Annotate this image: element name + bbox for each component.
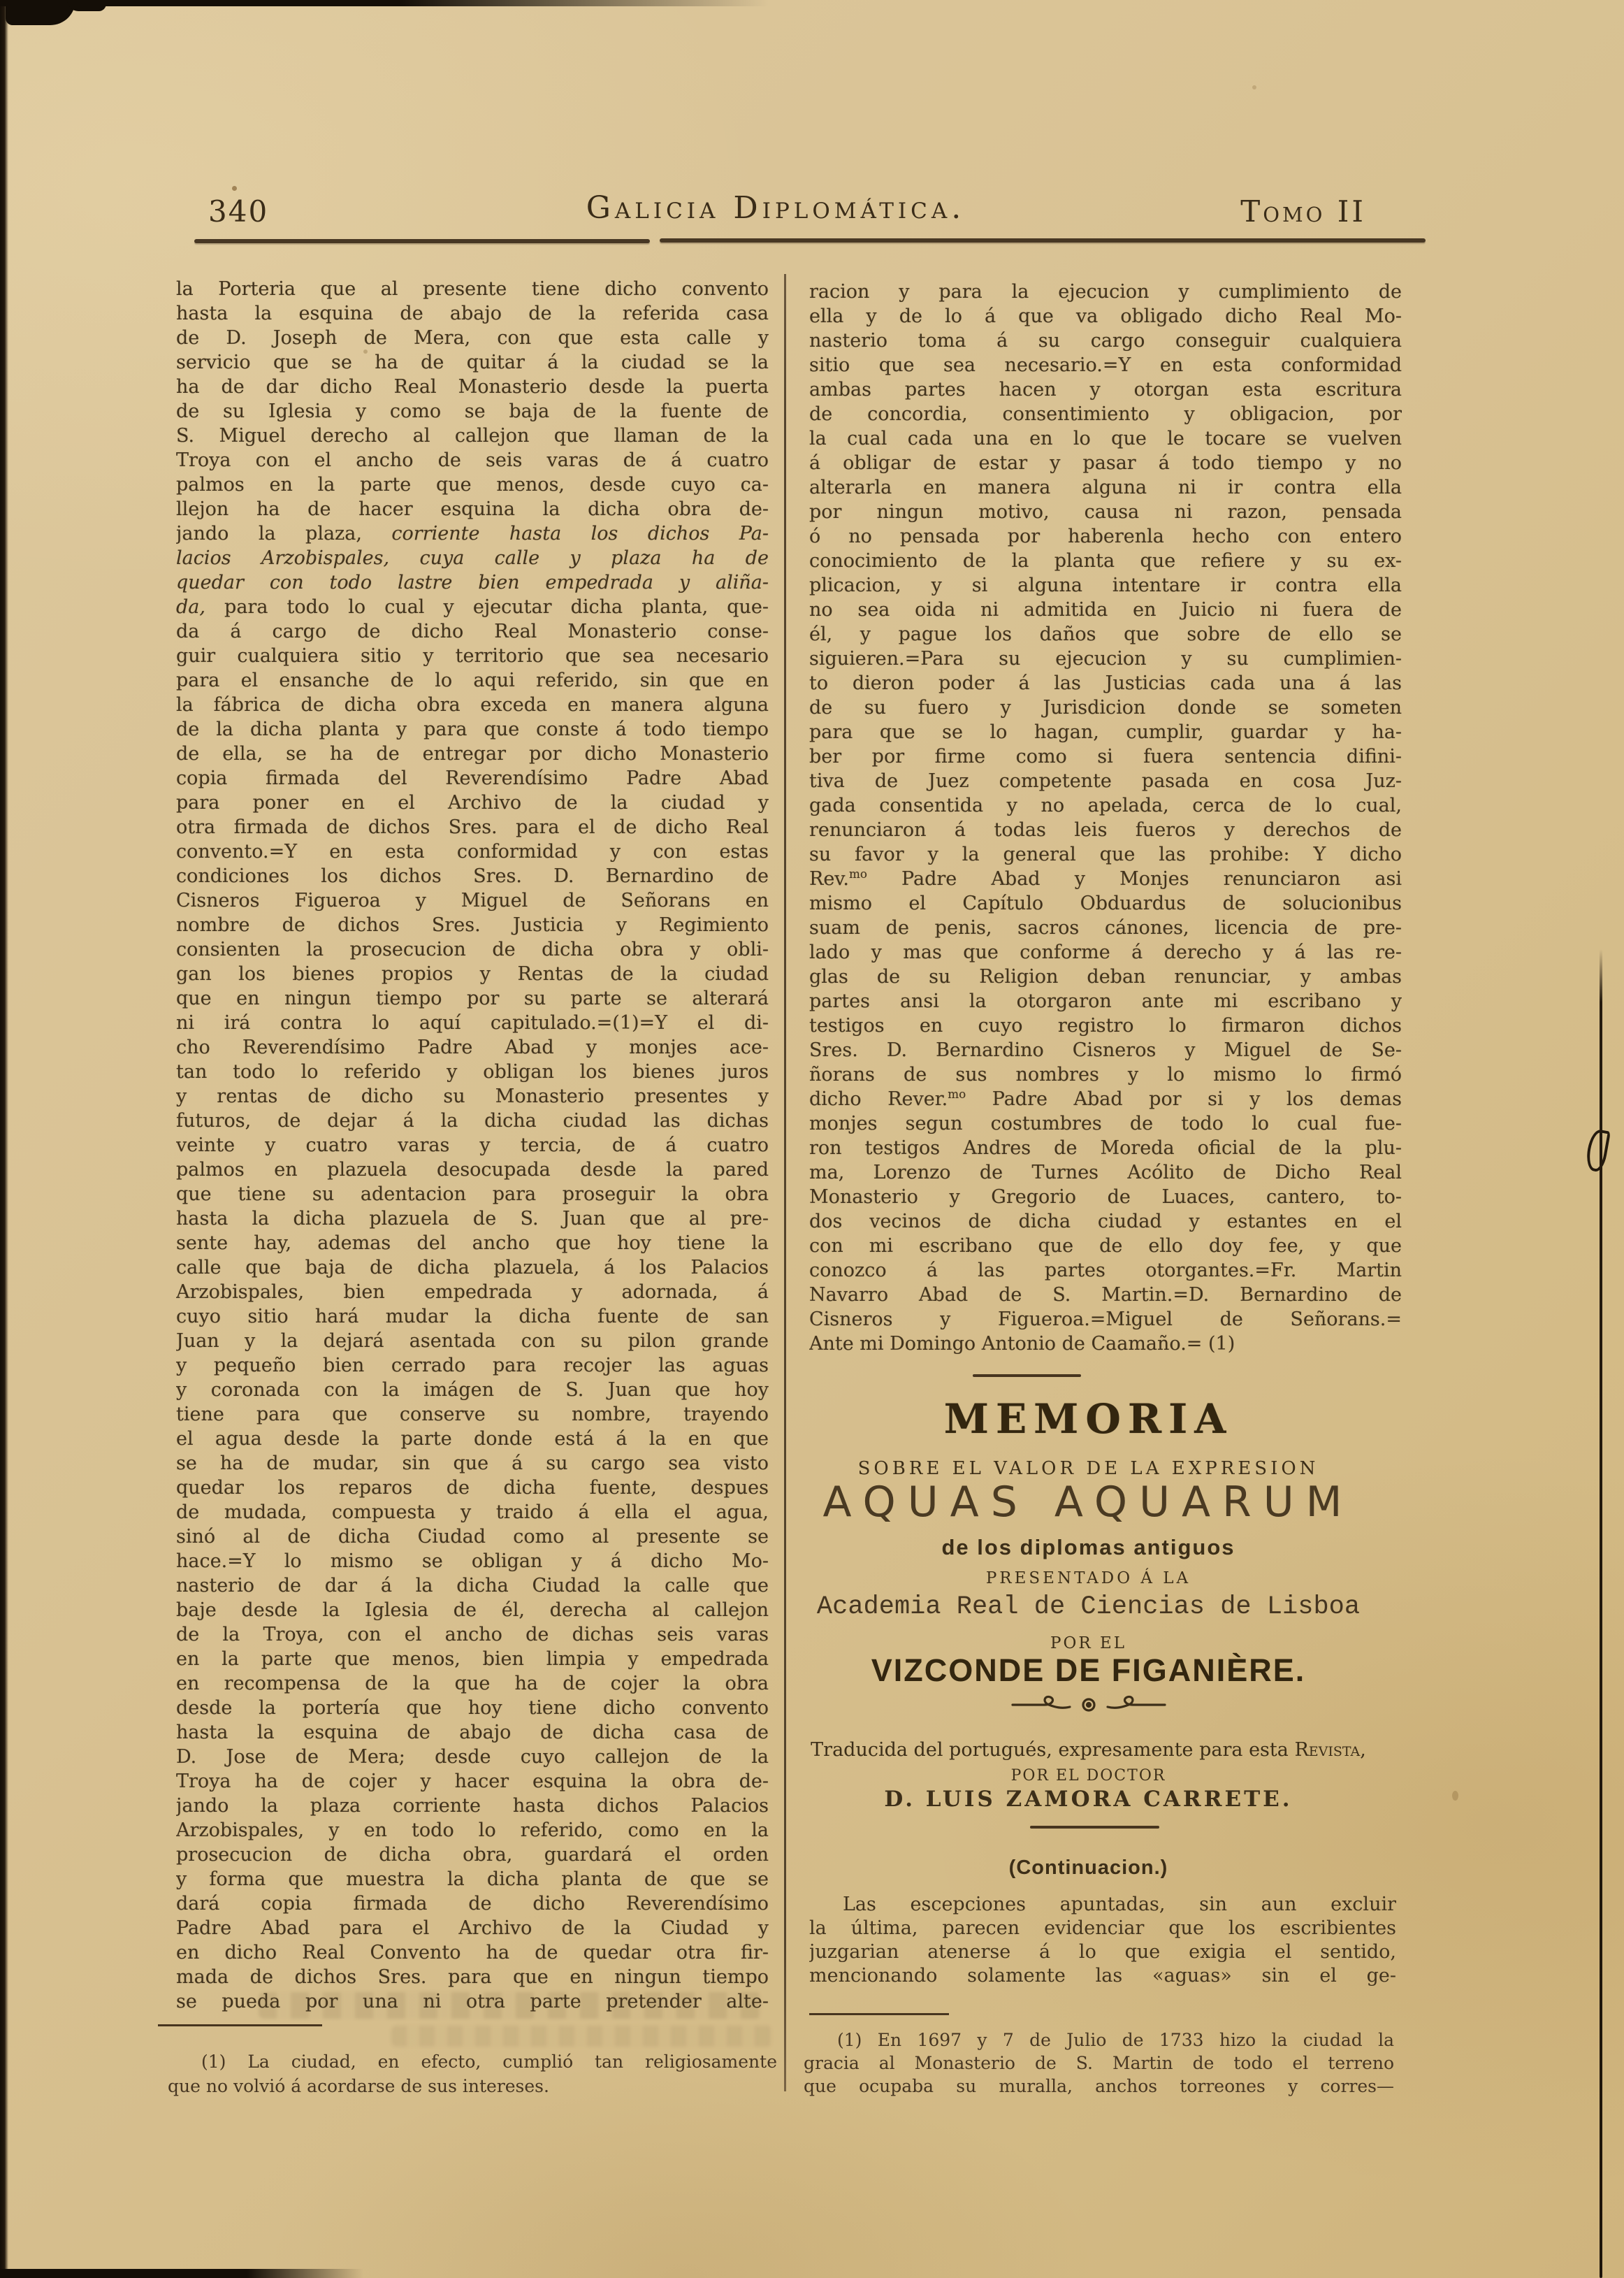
text-line: y pequeño bien cerrado para recojer las … — [176, 1353, 769, 1378]
text-line: en dicho Real Convento ha de quedar otra… — [176, 1940, 769, 1965]
text-line: ma, Lorenzo de Turnes Acólito de Dicho R… — [809, 1160, 1402, 1185]
text-line: sinó al de dicha Ciudad como al presente… — [176, 1524, 769, 1549]
ink-speck — [363, 349, 368, 354]
text-line: dos vecinos de dicha ciudad y estantes e… — [809, 1209, 1402, 1234]
text-line: lado y mas que conforme á derecho y á la… — [809, 940, 1402, 965]
text-line: Sres. D. Bernardino Cisneros y Miguel de… — [809, 1038, 1402, 1062]
text-line: él, y pague los daños que sobre de ello … — [809, 622, 1402, 647]
text-line: servicio que se ha de quitar á la ciudad… — [176, 350, 769, 375]
text-line: ó no pensada por haberenla hecho con ent… — [809, 524, 1402, 549]
text-line: Arzobispales, bien empedrada y adornada,… — [176, 1280, 769, 1304]
text-line: la última, parecen evidenciar que los es… — [809, 1917, 1396, 1940]
text-line: Monasterio y Gregorio de Luaces, cantero… — [809, 1185, 1402, 1209]
text-line: D. Jose de Mera; desde cuyo callejon de … — [176, 1745, 769, 1769]
footnote-right: (1) En 1697 y 7 de Julio de 1733 hizo la… — [804, 2028, 1394, 2098]
text-line: tiva de Juez competente pasada en cosa J… — [809, 769, 1402, 793]
translation-credit: Traducida del portugués, expresamente pa… — [793, 1739, 1384, 1761]
text-line: de su fuero y Jurisdicion donde se somet… — [809, 695, 1402, 720]
text-line: Navarro Abad de S. Martin.=D. Bernardino… — [809, 1283, 1402, 1307]
text-line: tiene para que conserve su nombre, traye… — [176, 1402, 769, 1427]
text-line: mada de dichos Sres. para que en ningun … — [176, 1965, 769, 1989]
text-line: (1) En 1697 y 7 de Julio de 1733 hizo la… — [804, 2028, 1394, 2052]
scan-edge-bottom — [0, 2269, 363, 2278]
translation-by-doctor: POR EL DOCTOR — [793, 1767, 1384, 1785]
revista-smallcaps: Revista — [1294, 1739, 1360, 1761]
text-line: palmos en plazuela desocupada desde la p… — [176, 1158, 769, 1182]
text-line: y rentas de dicho su Monasterio presente… — [176, 1084, 769, 1109]
translation-rule — [1030, 1826, 1159, 1829]
text-line: cuyo sitio hará mudar la dicha fuente de… — [176, 1304, 769, 1329]
text-line: (1) La ciudad, en efecto, cumplió tan re… — [168, 2049, 777, 2074]
text-line: de mudada, compuesta y traido á ella el … — [176, 1500, 769, 1524]
text-line: suam de penis, sacros cánones, licencia … — [809, 916, 1402, 940]
memoria-expression: AQUAS AQUARUM — [793, 1478, 1384, 1527]
text-line: su favor y la general que las prohibe: Y… — [809, 842, 1402, 867]
text-line: sente hay, ademas del ancho que hoy tien… — [176, 1231, 769, 1255]
ink-speck — [1452, 1791, 1458, 1801]
memoria-presented-label: PRESENTADO Á LA — [793, 1569, 1384, 1587]
text-line: la Porteria que al presente tiene dicho … — [176, 277, 769, 301]
text-line: que en ningun tiempo por su parte se alt… — [176, 986, 769, 1011]
text-line: renunciaron á todas leis fueros y derech… — [809, 818, 1402, 842]
text-line: para que se lo hagan, cumplir, guardar y… — [809, 720, 1402, 744]
text-line: consienten la prosecucion de dicha obra … — [176, 937, 769, 962]
text-line: palmos en la parte que menos, desde cuyo… — [176, 473, 769, 497]
text-line: por ningun motivo, causa ni razon, pensa… — [809, 500, 1402, 524]
text-line: guir cualquiera sitio y territorio que s… — [176, 644, 769, 668]
section-end-rule — [973, 1374, 1081, 1377]
text-line: ni irá contra lo aquí capitulado.=(1)=Y … — [176, 1011, 769, 1035]
text-line: desde la portería que hoy tiene dicho co… — [176, 1696, 769, 1720]
text-line: gan los bienes propios y Rentas de la ci… — [176, 962, 769, 986]
text-line: el agua desde la parte donde está á la e… — [176, 1427, 769, 1451]
text-line: dicho Rever.mo Padre Abad por si y los d… — [809, 1087, 1402, 1111]
text-line: y coronada con la imágen de S. Juan que … — [176, 1378, 769, 1402]
text-line: monjes segun costumbres de todo lo cual … — [809, 1111, 1402, 1136]
text-line: condiciones los dichos Sres. D. Bernardi… — [176, 864, 769, 888]
text-line: Troya con el ancho de seis varas de á cu… — [176, 448, 769, 473]
text-line: Cisneros Figueroa y Miguel de Señorans e… — [176, 888, 769, 913]
text-line: no sea oida ni admitida en Juicio ni fue… — [809, 598, 1402, 622]
text-line: Ante mi Domingo Antonio de Caamaño.= (1) — [809, 1332, 1402, 1356]
translation-credit-prefix: Traducida del portugués, expresamente pa… — [811, 1739, 1294, 1761]
footnote-left: (1) La ciudad, en efecto, cumplió tan re… — [168, 2049, 777, 2098]
text-line: para el ensanche de lo aqui referido, si… — [176, 668, 769, 693]
translation-doctor-name: D. LUIS ZAMORA CARRETE. — [793, 1787, 1384, 1812]
text-line: llejon ha de hacer esquina la dicha obra… — [176, 497, 769, 521]
text-line: ambas partes hacen y otorgan esta escrit… — [809, 377, 1402, 402]
text-line: ron testigos Andres de Moreda oficial de… — [809, 1136, 1402, 1160]
text-line: S. Miguel derecho al callejon que llaman… — [176, 424, 769, 448]
memoria-title: MEMORIA — [793, 1395, 1384, 1443]
text-line: Arzobispales, y en todo lo referido, com… — [176, 1818, 769, 1843]
text-line: quedar los reparos de dicha fuente, desp… — [176, 1476, 769, 1500]
text-line: calle que baja de dicha plazuela, á los … — [176, 1255, 769, 1280]
text-line: con mi escribano que de ello doy fee, y … — [809, 1234, 1402, 1258]
text-line: racion y para la ejecucion y cumplimient… — [809, 280, 1402, 304]
text-line: conozco á las partes otorgantes.=Fr. Mar… — [809, 1258, 1402, 1283]
text-line: mismo el Capítulo Obduardus de solucioni… — [809, 891, 1402, 916]
text-line: nasterio toma á su cargo conseguir cualq… — [809, 329, 1402, 353]
text-line: ha de dar dicho Real Monasterio desde la… — [176, 375, 769, 399]
text-line: siguieren.=Para su ejecucion y su cumpli… — [809, 647, 1402, 671]
text-line: gada consentida y no apelada, cerca de l… — [809, 793, 1402, 818]
text-line: cho Reverendísimo Padre Abad y monjes ac… — [176, 1035, 769, 1060]
text-line: la cual cada una en lo que le tocare se … — [809, 426, 1402, 451]
text-line: conocimiento de la planta que refiere y … — [809, 549, 1402, 573]
right-column-text: racion y para la ejecucion y cumplimient… — [809, 280, 1402, 1356]
scan-edge-top — [0, 0, 769, 6]
text-line: á obligar de estar y pasar á todo tiempo… — [809, 451, 1402, 475]
text-line: prosecucion de dicha obra, guardará el o… — [176, 1843, 769, 1867]
text-line: glas de su Religion deban renunciar, y a… — [809, 965, 1402, 989]
text-line: ñorans de sus nombres y lo mismo lo firm… — [809, 1062, 1402, 1087]
torn-edge-blob — [67, 0, 106, 11]
ink-speck — [1252, 85, 1256, 89]
text-line: hasta la dicha plazuela de S. Juan que a… — [176, 1206, 769, 1231]
paper-background: 340 Galicia Diplomática. Tomo II la Port… — [0, 0, 1624, 2278]
memoria-academy: Academia Real de Ciencias de Lisboa — [793, 1592, 1384, 1622]
text-line: de concordia, consentimiento y obligacio… — [809, 402, 1402, 426]
text-line: da, para todo lo cual y ejecutar dicha p… — [176, 595, 769, 619]
footnote-rule-right — [809, 2013, 949, 2015]
text-line: Juan y la dejará asentada con su pilon g… — [176, 1329, 769, 1353]
column-divider-rule — [784, 274, 786, 2091]
text-line: Troya ha de cojer y hacer esquina la obr… — [176, 1769, 769, 1794]
text-line: de ella, se ha de entregar por dicho Mon… — [176, 742, 769, 766]
text-line: que no volvió á acordarse de sus interes… — [168, 2074, 777, 2098]
text-line: Padre Abad para el Archivo de la Ciudad … — [176, 1916, 769, 1940]
text-line: testigos en cuyo registro lo firmaron di… — [809, 1014, 1402, 1038]
text-line: de la Troya, con el ancho de dichas seis… — [176, 1622, 769, 1647]
text-line: otra firmada de dichos Sres. para el de … — [176, 815, 769, 839]
continuation-label: (Continuacion.) — [793, 1857, 1384, 1880]
tome-label: Tomo II — [1181, 194, 1366, 229]
ornament-divider — [793, 1694, 1384, 1718]
text-line: la fábrica de dicha obra exceda en maner… — [176, 693, 769, 717]
text-line: ber por firme como si fuera sentencia di… — [809, 744, 1402, 769]
text-line: nasterio de dar á la dicha Ciudad la cal… — [176, 1573, 769, 1598]
text-line: veinte y cuatro varas y tercia, de á cua… — [176, 1133, 769, 1158]
showthrough-ghost-text — [391, 2026, 772, 2047]
showthrough-ghost-text — [259, 1992, 762, 2019]
text-line: nombre de dichos Sres. Justicia y Regimi… — [176, 913, 769, 937]
text-line: que ocupaba su muralla, anchos torreones… — [804, 2075, 1394, 2098]
text-line: Las escepciones apuntadas, sin aun exclu… — [809, 1893, 1396, 1917]
text-line: convento.=Y en esta conformidad y con es… — [176, 839, 769, 864]
text-line: baje desde la Iglesia de él, derecha al … — [176, 1598, 769, 1622]
scanned-page: { "page": { "number": "340", "title": "G… — [0, 0, 1624, 2278]
binding-edge-left — [0, 0, 8, 2278]
text-line: plicacion, y si alguna intentare ir cont… — [809, 573, 1402, 598]
header-rule-right — [660, 238, 1426, 243]
text-line: de su Iglesia y como se baja de la fuent… — [176, 399, 769, 424]
left-column-text: la Porteria que al presente tiene dicho … — [176, 277, 769, 2014]
text-line: de D. Joseph de Mera, con que esta calle… — [176, 326, 769, 350]
text-line: hasta la esquina de abajo de dicha casa … — [176, 1720, 769, 1745]
text-line: ella y de lo á que va obligado dicho Rea… — [809, 304, 1402, 329]
text-line: hasta la esquina de abajo de la referida… — [176, 301, 769, 326]
memoria-subtitle: SOBRE EL VALOR DE LA EXPRESION — [793, 1458, 1384, 1479]
text-line: de la dicha planta y para que conste á t… — [176, 717, 769, 742]
continuation-paragraph: Las escepciones apuntadas, sin aun exclu… — [809, 1893, 1396, 1988]
torn-edge-blob — [6, 0, 75, 25]
text-line: copia firmada del Reverendísimo Padre Ab… — [176, 766, 769, 791]
text-line: Cisneros y Figueroa.=Miguel de Señorans.… — [809, 1307, 1402, 1332]
text-line: gracia al Monasterio de S. Martin de tod… — [804, 2052, 1394, 2075]
text-line: quedar con todo lastre bien empedrada y … — [176, 570, 769, 595]
text-line: Rev.mo Padre Abad y Monjes renunciaron a… — [809, 867, 1402, 891]
page-edge-thread-loop — [1584, 1128, 1611, 1173]
text-line: tan todo lo referido y obligan los biene… — [176, 1060, 769, 1084]
text-line: que tiene su adentacion para proseguir l… — [176, 1182, 769, 1206]
text-line: en recompensa de la que ha de cojer la o… — [176, 1671, 769, 1696]
text-line: partes ansi la otorgaron ante mi escriba… — [809, 989, 1402, 1014]
text-line: dará copia firmada de dicho Reverendísim… — [176, 1891, 769, 1916]
text-line: juzgarian atenerse á lo que exigia el se… — [809, 1940, 1396, 1964]
translation-credit-suffix: , — [1360, 1739, 1366, 1761]
text-line: mencionando solamente las «aguas» sin el… — [809, 1964, 1396, 1988]
text-line: para poner en el Archivo de la ciudad y — [176, 791, 769, 815]
memoria-author: VIZCONDE DE FIGANIÈRE. — [793, 1652, 1384, 1689]
text-line: hace.=Y lo mismo se obligan y á dicho Mo… — [176, 1549, 769, 1573]
text-line: to dieron poder á las Justicias cada una… — [809, 671, 1402, 695]
footnote-rule-left — [158, 2024, 322, 2026]
text-line: alterarla en manera alguna ni ir contra … — [809, 475, 1402, 500]
text-line: sitio que sea necesario.=Y en esta confo… — [809, 353, 1402, 377]
text-line: en la parte que menos, bien limpia y emp… — [176, 1647, 769, 1671]
memoria-subject: de los diplomas antiguos — [793, 1535, 1384, 1560]
ink-speck — [232, 186, 237, 191]
text-line: lacios Arzobispales, cuya calle y plaza … — [176, 546, 769, 570]
text-line: y forma que muestra la dicha planta de q… — [176, 1867, 769, 1891]
text-line: jando la plaza corriente hasta dichos Pa… — [176, 1794, 769, 1818]
memoria-by-label: POR EL — [793, 1634, 1384, 1652]
text-line: jando la plaza, corriente hasta los dich… — [176, 521, 769, 546]
header-rule-left — [194, 239, 650, 243]
text-line: futuros, de dejar á la dicha ciudad las … — [176, 1109, 769, 1133]
text-line: se ha de mudar, sin que á su cargo sea v… — [176, 1451, 769, 1476]
text-line: da á cargo de dicho Real Monasterio cons… — [176, 619, 769, 644]
